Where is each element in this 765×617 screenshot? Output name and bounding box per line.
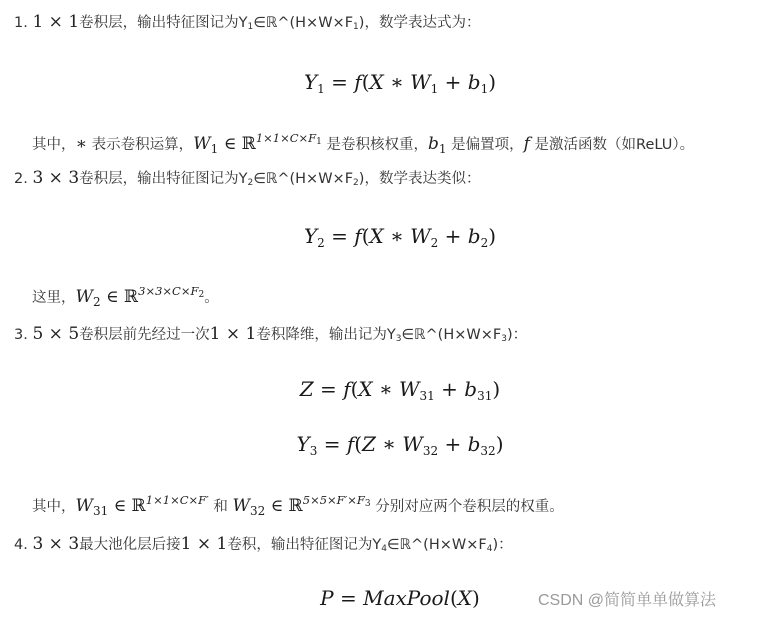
equation-2: Y2 = f(X ∗ W2 + b2) [0,224,765,250]
item-number: 4. [14,537,28,553]
item-number: 2. [14,171,28,187]
kernel-size: 1 × 1 [32,12,79,32]
equation-3a: Z = f(X ∗ W31 + b31) [0,377,765,403]
item-3-heading: 3. 5 × 5卷积层前先经过一次1 × 1卷积降维，输出记为Y3∈ℝ^(H×W… [14,324,527,349]
note-3: 其中，W31 ∈ ℝ1×1×C×F′ 和 W32 ∈ ℝ5×5×F′×F3 分别… [32,490,564,521]
equation-1: Y1 = f(X ∗ W1 + b1) [0,70,765,96]
item-number: 3. [14,327,28,343]
item-2-heading: 2. 3 × 3卷积层，输出特征图记为Y2∈ℝ^(H×W×F2)，数学表达类似： [14,168,480,193]
note-1: 其中，∗ 表示卷积运算，W1 ∈ ℝ1×1×C×F1 是卷积核权重，b1 是偏置… [32,128,694,159]
csdn-watermark: CSDN @简简单单做算法 [538,587,716,610]
equation-3b: Y3 = f(Z ∗ W32 + b32) [0,432,765,458]
item-4-heading: 4. 3 × 3最大池化层后接1 × 1卷积，输出特征图记为Y4∈ℝ^(H×W×… [14,534,513,559]
note-2: 这里，W2 ∈ ℝ3×3×C×F2。 [32,281,219,312]
item-1-heading: 1. 1 × 1卷积层，输出特征图记为Y1∈ℝ^(H×W×F1)，数学表达式为： [14,12,480,37]
item-number: 1. [14,15,28,31]
